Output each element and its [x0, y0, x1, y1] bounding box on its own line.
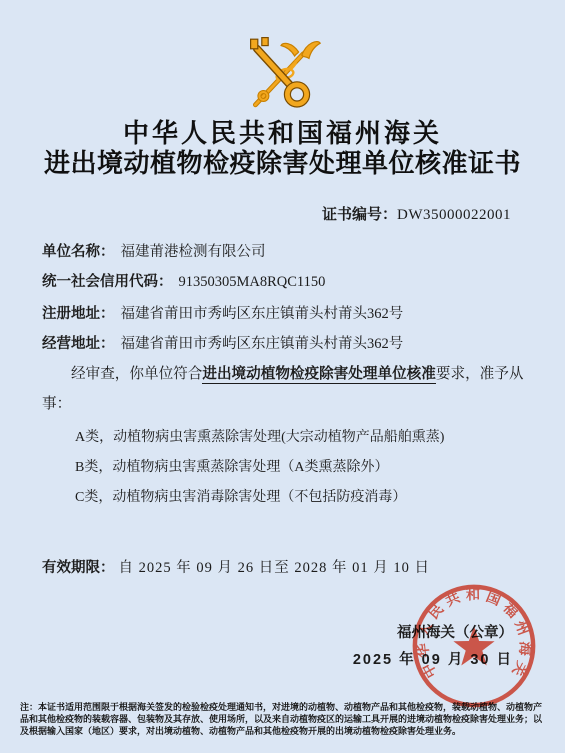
field-business-address: 经营地址：福建省莆田市秀屿区东庄镇莆头村莆头362号 [42, 332, 403, 353]
field-unit-name: 单位名称：福建莆港检测有限公司 [42, 240, 266, 261]
customs-emblem-icon [236, 36, 326, 116]
field-credit-code: 统一社会信用代码：91350305MA8RQC1150 [42, 270, 325, 291]
field-business-address-value: 福建省莆田市秀屿区东庄镇莆头村莆头362号 [121, 336, 404, 352]
seal-caption: 福州海关（公章） [397, 621, 513, 642]
validity-value: 自 2025 年 09 月 26 日至 2028 年 01 月 10 日 [119, 560, 431, 576]
certificate-number-value: DW35000022001 [397, 207, 511, 223]
footnote-line-1: 注：本证书适用范围限于根据海关签发的检验检疫处理通知书，对进境的动植物、动植物产… [20, 701, 548, 713]
approval-statement: 经审查，你单位符合进出境动植物检疫除害处理单位核准要求，准予从事： [42, 359, 536, 419]
footnote-line-3: 及根据输入国家（地区）要求，对出境动植物、动植物产品和其他检疫物开展的出境动植物… [20, 725, 548, 737]
field-credit-code-label: 统一社会信用代码： [42, 274, 173, 290]
official-seal-stamp-icon: 中华人民共和国福州海关 [405, 577, 543, 715]
field-registered-address-label: 注册地址： [42, 306, 115, 322]
field-registered-address-value: 福建省莆田市秀屿区东庄镇莆头村莆头362号 [121, 306, 404, 322]
category-line-b: B类，动植物病虫害熏蒸除害处理（A类熏蒸除外） [75, 456, 388, 476]
category-line-a: A类，动植物病虫害熏蒸除害处理(大宗动植物产品船舶熏蒸) [75, 426, 444, 446]
certificate-title-line2: 进出境动植物检疫除害处理单位核准证书 [0, 143, 565, 180]
field-unit-name-value: 福建莆港检测有限公司 [121, 244, 266, 260]
validity-label: 有效期限： [42, 560, 115, 576]
footnote: 注：本证书适用范围限于根据海关签发的检验检疫处理通知书，对进境的动植物、动植物产… [20, 701, 548, 737]
field-unit-name-label: 单位名称： [42, 244, 115, 260]
field-credit-code-value: 91350305MA8RQC1150 [179, 274, 326, 290]
field-business-address-label: 经营地址： [42, 336, 115, 352]
category-line-c: C类，动植物病虫害消毒除害处理（不包括防疫消毒） [75, 486, 406, 506]
issue-date: 2025 年 09 月 30 日 [353, 648, 513, 669]
approval-emphasized-phrase: 进出境动植物检疫除害处理单位核准 [202, 366, 436, 384]
approval-prefix: 经审查，你单位符合 [71, 366, 202, 382]
footnote-line-2: 品和其他检疫物的装载容器、包装物及其存放、使用场所，以及来自动植物疫区的运输工具… [20, 713, 548, 725]
validity-period-row: 有效期限：自 2025 年 09 月 26 日至 2028 年 01 月 10 … [42, 556, 430, 577]
certificate-page: 中华人民共和国福州海关 进出境动植物检疫除害处理单位核准证书 证书编号：DW35… [0, 0, 565, 753]
field-registered-address: 注册地址：福建省莆田市秀屿区东庄镇莆头村莆头362号 [42, 302, 403, 323]
certificate-number-label: 证书编号： [322, 206, 397, 223]
certificate-number-row: 证书编号：DW35000022001 [322, 203, 511, 224]
